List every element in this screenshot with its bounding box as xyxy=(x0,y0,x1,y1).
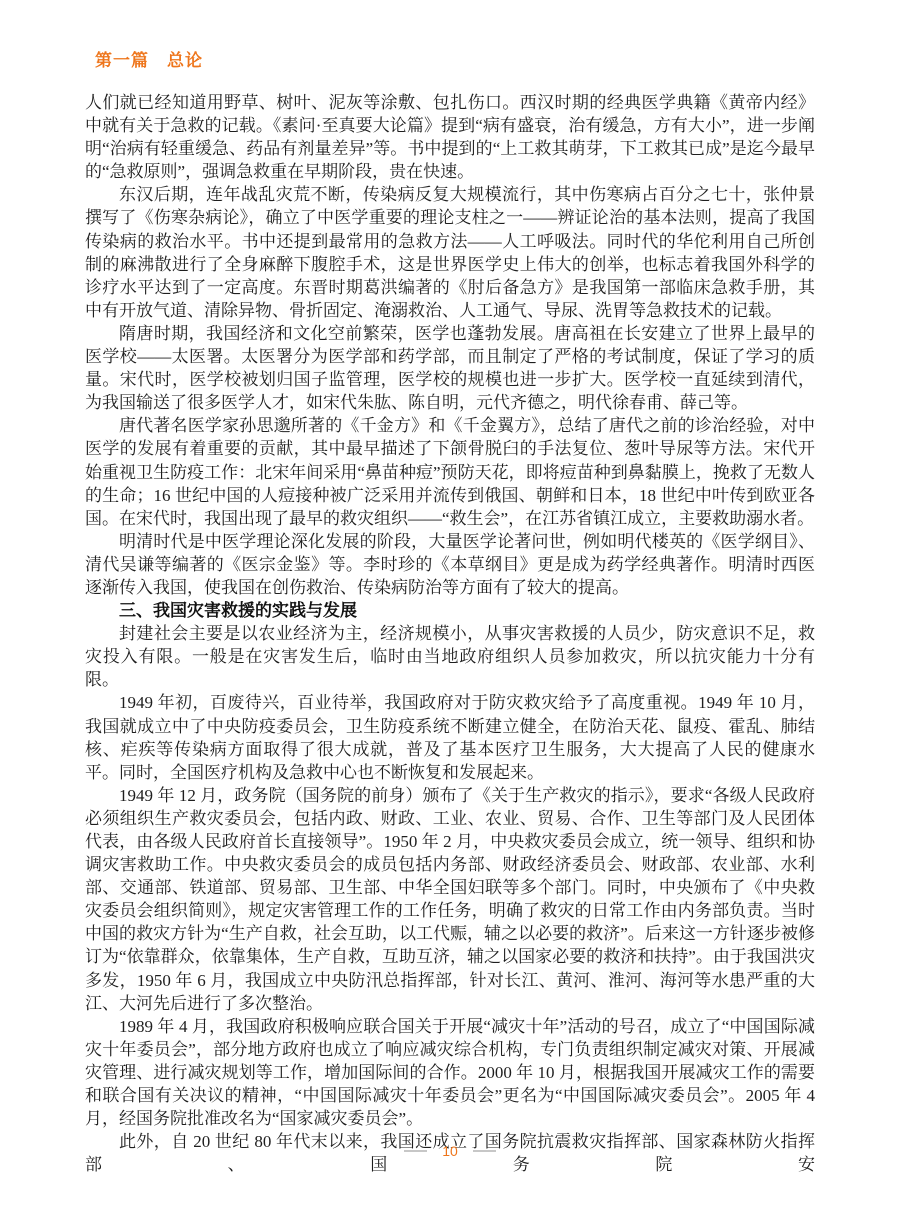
page-number: 10 xyxy=(442,1143,458,1159)
body-paragraph: 1949 年初，百废待兴，百业待举，我国政府对于防灾救灾给予了高度重视。1949… xyxy=(85,691,815,783)
body-paragraph: 明清时代是中医学理论深化发展的阶段，大量医学论著问世，例如明代楼英的《医学纲目》… xyxy=(85,530,815,599)
body-paragraph: 唐代著名医学家孙思邈所著的《千金方》和《千金翼方》，总结了唐代之前的诊治经验，对… xyxy=(85,414,815,529)
body-paragraph: 人们就已经知道用野草、树叶、泥灰等涂敷、包扎伤口。西汉时期的经典医学典籍《黄帝内… xyxy=(85,91,815,183)
part-title: 总论 xyxy=(167,51,203,70)
footer-rule-right xyxy=(473,1150,496,1152)
body-paragraph: 封建社会主要是以农业经济为主，经济规模小，从事灾害救援的人员少，防灾意识不足，救… xyxy=(85,622,815,691)
book-page: 第一篇总论 人们就已经知道用野草、树叶、泥灰等涂敷、包扎伤口。西汉时期的经典医学… xyxy=(0,0,900,1213)
section-heading: 三、我国灾害救援的实践与发展 xyxy=(85,599,815,622)
footer-rule-left xyxy=(404,1150,427,1152)
body-paragraph: 1949 年 12 月，政务院（国务院的前身）颁布了《关于生产救灾的指示》，要求… xyxy=(85,784,815,1015)
part-label: 第一篇 xyxy=(95,51,149,70)
body-text-area: 人们就已经知道用野草、树叶、泥灰等涂敷、包扎伤口。西汉时期的经典医学典籍《黄帝内… xyxy=(85,91,815,1176)
body-paragraph: 隋唐时期，我国经济和文化空前繁荣，医学也蓬勃发展。唐高祖在长安建立了世界上最早的… xyxy=(85,322,815,414)
page-footer: 10 xyxy=(0,1143,900,1159)
running-header: 第一篇总论 xyxy=(95,46,203,71)
body-paragraph: 1989 年 4 月，我国政府积极响应联合国关于开展“减灾十年”活动的号召，成立… xyxy=(85,1015,815,1130)
body-paragraph: 东汉后期，连年战乱灾荒不断，传染病反复大规模流行，其中伤寒病占百分之七十，张仲景… xyxy=(85,183,815,322)
